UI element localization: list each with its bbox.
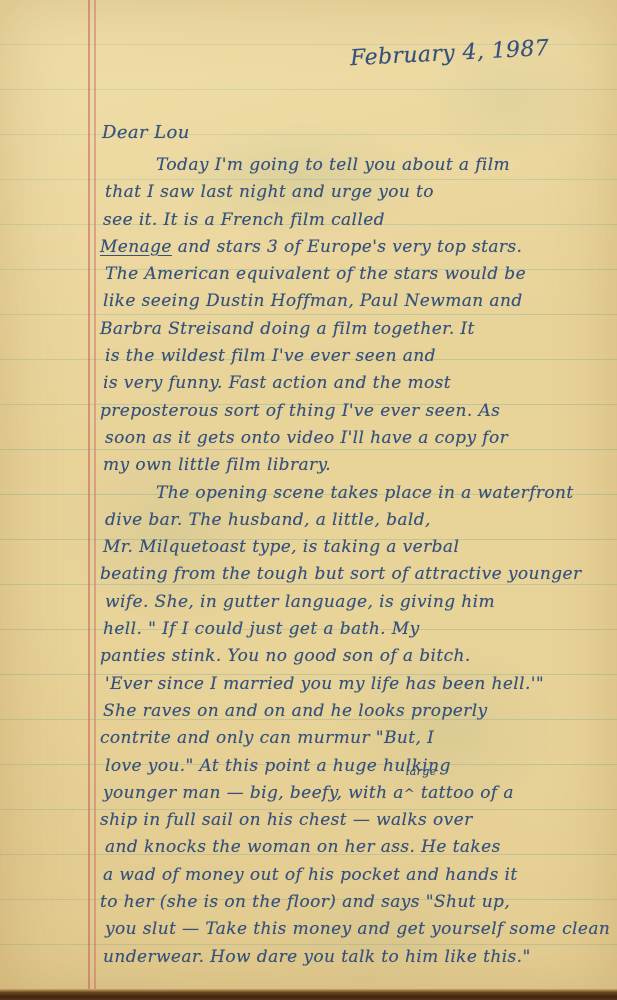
page-bottom-edge (0, 989, 617, 1000)
line-text: beating from the tough but sort of attra… (100, 564, 582, 584)
letter-line: preposterous sort of thing I've ever see… (100, 398, 591, 425)
letter-line: is the wildest film I've ever seen and (105, 343, 591, 370)
letter-line: you slut — Take this money and get yours… (105, 916, 591, 943)
letter-line: Mr. Milquetoast type, is taking a verbal (103, 534, 591, 561)
red-margin-line (94, 0, 96, 990)
line-text: Today I'm going to tell you about a film (156, 155, 510, 175)
letter-body: Today I'm going to tell you about a film… (100, 152, 591, 971)
line-text: The opening scene takes place in a water… (156, 483, 574, 503)
line-text: you slut — Take this money and get yours… (105, 919, 610, 939)
letter-line: The American equivalent of the stars wou… (105, 261, 591, 288)
letter-line: Barbra Streisand doing a film together. … (100, 316, 591, 343)
line-text: like seeing Dustin Hoffman, Paul Newman … (103, 291, 523, 311)
letter-line: ship in full sail on his chest — walks o… (100, 807, 591, 834)
line-text: contrite and only can murmur "But, I (100, 728, 434, 748)
line-text: my own little film library. (103, 455, 331, 475)
underlined-film-title: Menage (100, 237, 172, 257)
letter-line: Menage and stars 3 of Europe's very top … (100, 234, 591, 261)
letter-page: February 4, 1987 Dear Lou Today I'm goin… (0, 0, 617, 1000)
letter-line: 'Ever since I married you my life has be… (105, 671, 591, 698)
letter-line: to her (she is on the floor) and says "S… (100, 889, 591, 916)
letter-line: younger man — big, beefy, with alarge^ t… (103, 780, 591, 807)
letter-line: like seeing Dustin Hoffman, Paul Newman … (103, 288, 591, 315)
letter-line: and knocks the woman on her ass. He take… (105, 834, 591, 861)
line-text: tattoo of a (415, 783, 514, 803)
letter-line: beating from the tough but sort of attra… (100, 561, 591, 588)
line-text: ship in full sail on his chest — walks o… (100, 810, 473, 830)
line-text: Mr. Milquetoast type, is taking a verbal (103, 537, 459, 557)
line-text: a wad of money out of his pocket and han… (103, 865, 518, 885)
line-text: is very funny. Fast action and the most (103, 373, 451, 393)
line-text: wife. She, in gutter language, is giving… (105, 592, 495, 612)
line-text: The American equivalent of the stars wou… (105, 264, 526, 284)
line-text: and knocks the woman on her ass. He take… (105, 837, 501, 857)
line-text: Barbra Streisand doing a film together. … (100, 319, 475, 339)
letter-line: soon as it gets onto video I'll have a c… (105, 425, 591, 452)
line-text: and stars 3 of Europe's very top stars. (172, 237, 522, 257)
letter-line: The opening scene takes place in a water… (100, 480, 591, 507)
inserted-word-above-caret: large^ (404, 780, 415, 808)
letter-date: February 4, 1987 (350, 34, 591, 72)
letter-salutation: Dear Lou (102, 122, 190, 143)
line-text: hell. " If I could just get a bath. My (103, 619, 420, 639)
line-text: see it. It is a French film called (103, 210, 385, 230)
line-text: dive bar. The husband, a little, bald, (105, 510, 431, 530)
letter-line: Today I'm going to tell you about a film (100, 152, 591, 179)
letter-line: hell. " If I could just get a bath. My (103, 616, 591, 643)
letter-line: She raves on and on and he looks properl… (103, 698, 591, 725)
letter-line: panties stink. You no good son of a bitc… (100, 643, 591, 670)
line-text: to her (she is on the floor) and says "S… (100, 892, 510, 912)
letter-line: my own little film library. (103, 452, 591, 479)
line-text: She raves on and on and he looks properl… (103, 701, 488, 721)
line-text: panties stink. You no good son of a bitc… (100, 646, 471, 666)
line-text: 'Ever since I married you my life has be… (105, 674, 544, 694)
letter-line: contrite and only can murmur "But, I (100, 725, 591, 752)
letter-line: love you." At this point a huge hulking (105, 753, 591, 780)
line-text: soon as it gets onto video I'll have a c… (105, 428, 508, 448)
line-text: preposterous sort of thing I've ever see… (100, 401, 500, 421)
letter-line: see it. It is a French film called (103, 207, 591, 234)
line-text: is the wildest film I've ever seen and (105, 346, 436, 366)
letter-line: dive bar. The husband, a little, bald, (105, 507, 591, 534)
line-text: younger man — big, beefy, with a (103, 783, 404, 803)
line-text: love you." At this point a huge hulking (105, 756, 451, 776)
letter-line: a wad of money out of his pocket and han… (103, 862, 591, 889)
red-margin-line (88, 0, 90, 990)
letter-line: underwear. How dare you talk to him like… (103, 944, 591, 971)
letter-line: that I saw last night and urge you to (105, 179, 591, 206)
line-text: that I saw last night and urge you to (105, 182, 434, 202)
letter-line: wife. She, in gutter language, is giving… (105, 589, 591, 616)
line-text: underwear. How dare you talk to him like… (103, 947, 531, 967)
letter-line: is very funny. Fast action and the most (103, 370, 591, 397)
